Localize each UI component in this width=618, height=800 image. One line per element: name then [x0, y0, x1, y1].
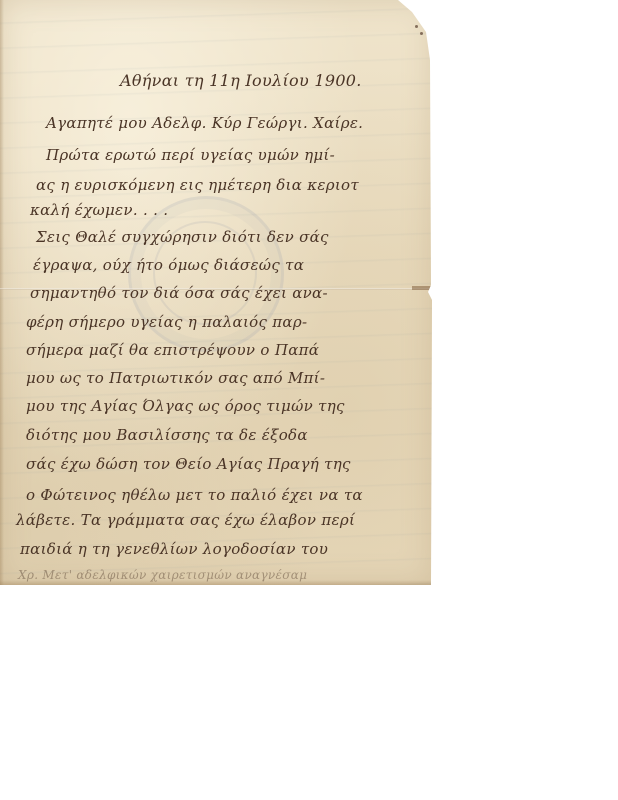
letter-greeting: Αγαπητέ μου Αδελφ. Κύρ Γεώργι. Χαίρε.	[46, 114, 363, 132]
letter-line: Πρώτα ερωτώ περί υγείας υμών ημί-	[46, 146, 335, 164]
letter-line: σάς έχω δώση τον Θείο Αγίας Πραγή της	[26, 455, 351, 473]
letter-line: σημαντηθό τον διά όσα σάς έχει ανα-	[30, 284, 328, 302]
letter-line: έγραψα, ούχ ήτο όμως διάσεώς τα	[33, 256, 304, 274]
letter-line: φέρη σήμερο υγείας η παλαιός παρ-	[26, 313, 307, 331]
letter-line: Σεις Θαλέ συγχώρησιν διότι δεν σάς	[36, 228, 329, 246]
letter-line: παιδιά η τη γενεθλίων λογοδοσίαν του	[20, 540, 328, 558]
letter-line: διότης μου Βασιλίσσης τα δε έξοδα	[26, 426, 308, 444]
letter-line: ας η ευρισκόμενη εις ημέτερη δια κεριοτ	[36, 176, 359, 194]
letter-line: μου της Αγίας Όλγας ως όρος τιμών της	[26, 397, 345, 415]
letter-line: μου ως το Πατριωτικόν σας από Μπί-	[26, 369, 325, 387]
letter-line: σήμερα μαζί θα επιστρέψουν ο Παπά	[26, 341, 319, 359]
letter-paper: Αθήναι τη 11η Ιουλίου 1900. Αγαπητέ μου …	[0, 0, 432, 585]
letter-line: ο Φώτεινος ηθέλω μετ το παλιό έχει να τα	[26, 486, 363, 504]
letter-line: Χρ. Μετ' αδελφικών χαιρετισμών αναγνέσαμ	[18, 568, 307, 582]
ink-spot	[415, 25, 418, 28]
paper-left-edge	[0, 0, 4, 585]
letter-dateline: Αθήναι τη 11η Ιουλίου 1900.	[120, 71, 362, 90]
paper-tear	[412, 286, 434, 290]
letter-line: λάβετε. Τα γράμματα σας έχω έλαβον περί	[16, 511, 355, 529]
letter-line: καλή έχωμεν. . . .	[30, 201, 168, 219]
ink-spot	[420, 32, 423, 35]
page-background: Αθήναι τη 11η Ιουλίου 1900. Αγαπητέ μου …	[0, 0, 618, 800]
